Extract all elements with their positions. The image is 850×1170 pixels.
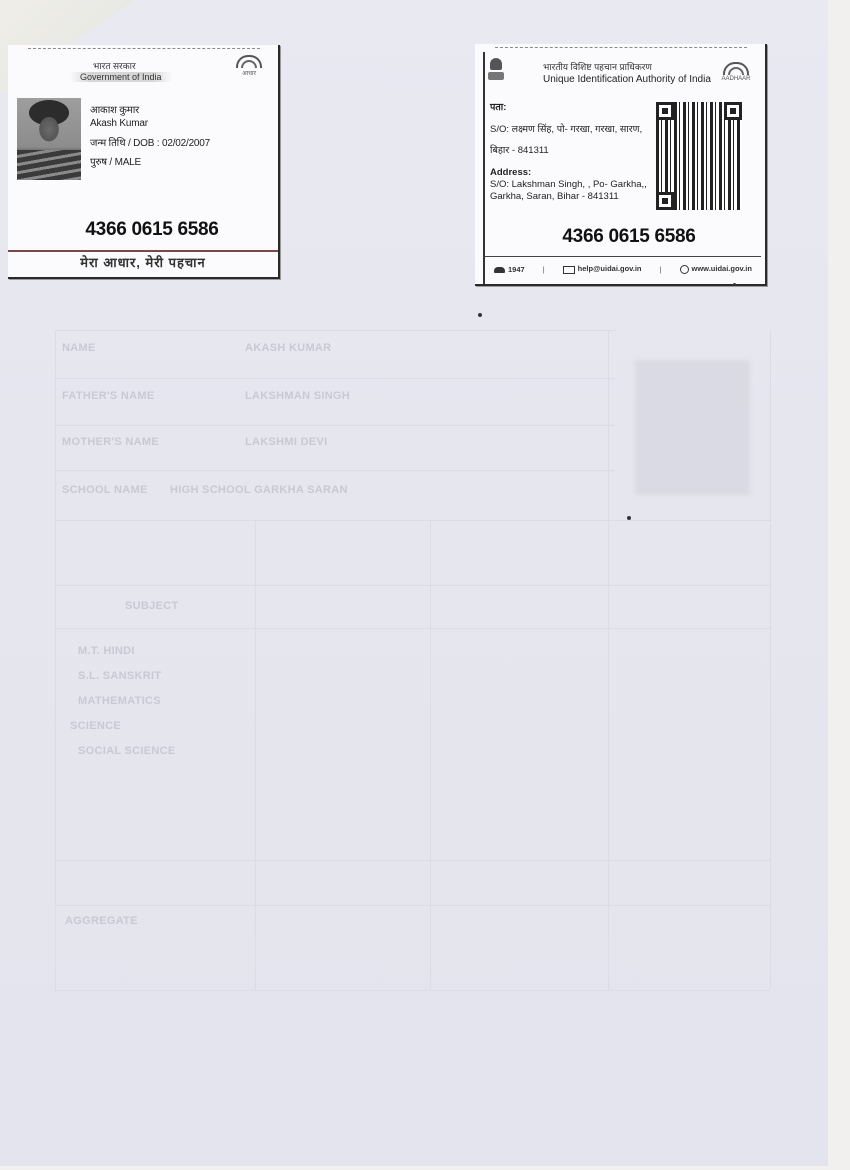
- address-hindi-line2: बिहार - 841311: [490, 145, 549, 157]
- issuer-english: Government of India: [70, 72, 172, 82]
- emblem-lion: [490, 58, 502, 70]
- portrait-photo: [17, 98, 81, 180]
- ghost-rule: [55, 425, 615, 426]
- scan-speck: [627, 516, 631, 520]
- ghost-rule: [55, 860, 770, 861]
- name-english: Akash Kumar: [90, 118, 148, 129]
- qr-finder: [656, 102, 674, 120]
- qr-code: [656, 102, 742, 210]
- fingerprint-arcs-icon: [723, 62, 749, 75]
- tagline: मेरा आधार, मेरी पहचान: [8, 253, 278, 271]
- ghost-rule: [55, 330, 615, 331]
- ghost-label: SCHOOL NAME: [62, 484, 148, 496]
- scan-speck: [478, 313, 482, 317]
- national-emblem-icon: [488, 58, 504, 86]
- ghost-label: FATHER'S NAME: [62, 390, 154, 402]
- qr-finder: [724, 102, 742, 120]
- fingerprint-arcs-icon: [236, 55, 262, 68]
- website-contact: www.uidai.gov.in: [680, 264, 752, 274]
- date-of-birth: जन्म तिथि / DOB : 02/02/2007: [90, 135, 210, 149]
- ghost-label: MOTHER'S NAME: [62, 436, 159, 448]
- address-english-line2: Garkha, Saran, Bihar - 841311: [490, 191, 619, 203]
- ghost-rule: [55, 628, 770, 629]
- ghost-rule: [255, 520, 256, 990]
- aadhaar-card-back: भारतीय विशिष्ट पहचान प्राधिकरण Unique Id…: [475, 44, 767, 286]
- ghost-rule: [55, 990, 770, 991]
- email-address: help@uidai.gov.in: [578, 264, 642, 273]
- cut-line: [28, 48, 260, 49]
- separator: |: [543, 265, 545, 274]
- ghost-rule: [55, 585, 770, 586]
- website-url: www.uidai.gov.in: [692, 264, 752, 273]
- ghost-photo: [635, 360, 750, 495]
- divider: [8, 250, 278, 252]
- mail-icon: [563, 266, 575, 274]
- separator: |: [660, 265, 662, 274]
- address-label-hindi: पता:: [490, 102, 506, 114]
- ghost-subject: SCIENCE: [70, 720, 121, 732]
- phone-number: 1947: [508, 265, 525, 274]
- address-english-line1: S/O: Lakshman Singh, , Po- Garkha,,: [490, 179, 647, 191]
- address-hindi-line1: S/O: लक्ष्मण सिंह, पो- गरखा, गरखा, सारण,: [490, 124, 642, 136]
- ghost-value: LAKSHMAN SINGH: [245, 390, 350, 402]
- email-contact: help@uidai.gov.in: [563, 264, 642, 273]
- ghost-subject-header: SUBJECT: [125, 600, 178, 612]
- phone-icon: [494, 267, 505, 273]
- ghost-rule: [55, 378, 615, 379]
- ghost-rule: [55, 470, 615, 471]
- ghost-rule: [770, 330, 771, 990]
- qr-finder: [656, 192, 674, 210]
- authority-english: Unique Identification Authority of India: [543, 74, 711, 85]
- ghost-total: AGGREGATE: [65, 915, 138, 927]
- phone-contact: 1947: [494, 265, 525, 274]
- logo-caption: AADHAAR: [721, 76, 751, 82]
- ghost-rule: [55, 520, 770, 521]
- aadhaar-card-front: भारत सरकार Government of India आधार आकाश…: [8, 45, 280, 279]
- aadhaar-logo-icon: AADHAAR: [721, 62, 751, 86]
- address-label-english: Address:: [490, 167, 531, 179]
- photo-shirt: [17, 150, 81, 180]
- aadhaar-number: 4366 0615 6586: [8, 219, 278, 241]
- cut-line: [495, 47, 747, 48]
- ghost-value: HIGH SCHOOL GARKHA SARAN: [170, 484, 348, 496]
- ghost-rule: [430, 520, 431, 990]
- issuer-hindi: भारत सरकार: [93, 59, 136, 72]
- emblem-base: [488, 72, 504, 80]
- ghost-subject: S.L. SANSKRIT: [78, 670, 161, 682]
- authority-hindi: भारतीय विशिष्ट पहचान प्राधिकरण: [543, 60, 652, 73]
- logo-caption: आधार: [236, 69, 262, 77]
- ghost-rule: [55, 905, 770, 906]
- divider: [485, 256, 761, 257]
- aadhaar-number: 4366 0615 6586: [475, 226, 765, 248]
- ghost-label: NAME: [62, 342, 96, 354]
- ghost-rule: [608, 330, 609, 990]
- scan-speck: [733, 283, 736, 286]
- ghost-value: LAKSHMI DEVI: [245, 436, 327, 448]
- name-hindi: आकाश कुमार: [90, 102, 139, 116]
- card-edge: [483, 52, 485, 284]
- ghost-subject: MATHEMATICS: [78, 695, 161, 707]
- gender: पुरुष / MALE: [90, 154, 141, 168]
- ghost-rule: [55, 330, 56, 990]
- contact-footer: 1947 | help@uidai.gov.in | www.uidai.gov…: [485, 260, 761, 278]
- ghost-subject: SOCIAL SCIENCE: [78, 745, 176, 757]
- globe-icon: [680, 265, 689, 274]
- aadhaar-logo-icon: आधार: [236, 55, 262, 77]
- ghost-value: AKASH KUMAR: [245, 342, 331, 354]
- ghost-subject: M.T. HINDI: [78, 645, 135, 657]
